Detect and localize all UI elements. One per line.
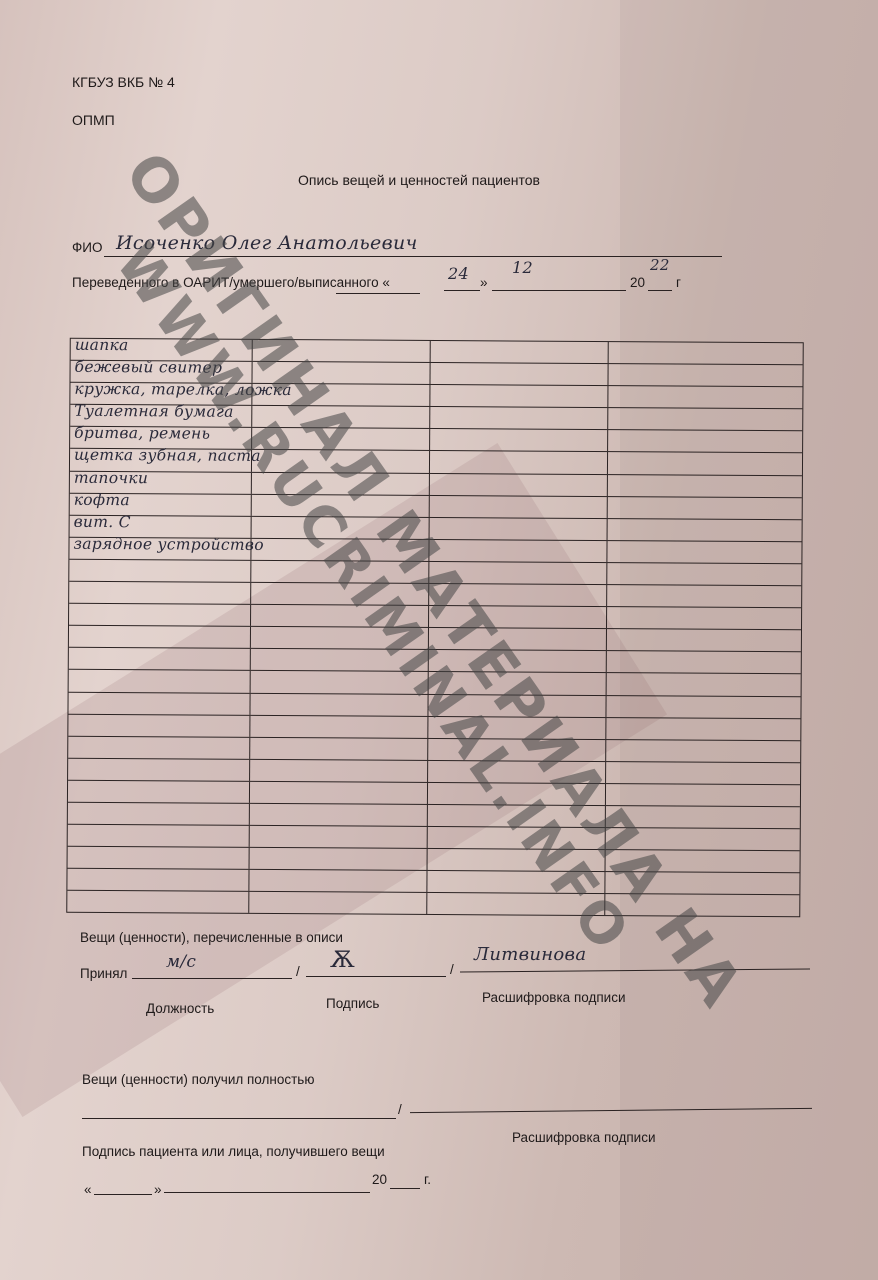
table-cell[interactable] xyxy=(252,384,430,406)
table-cell[interactable] xyxy=(607,651,801,673)
table-cell[interactable] xyxy=(606,740,800,762)
table-cell[interactable] xyxy=(250,804,428,826)
table-cell[interactable] xyxy=(69,648,251,670)
caption-position: Должность xyxy=(146,1001,214,1016)
received-heading: Вещи (ценности) получил полностью xyxy=(82,1072,314,1087)
table-cell[interactable]: зарядное устройство xyxy=(69,538,251,560)
table-cell[interactable] xyxy=(428,761,606,783)
table-cell[interactable] xyxy=(251,539,429,561)
table-cell[interactable] xyxy=(608,475,802,497)
table-cell[interactable] xyxy=(251,561,429,583)
table-cell[interactable] xyxy=(251,627,429,649)
table-cell[interactable] xyxy=(68,736,250,758)
table-cell[interactable] xyxy=(69,560,251,582)
table-cell[interactable] xyxy=(69,670,251,692)
received-year-unit: г. xyxy=(424,1172,431,1187)
table-cell[interactable] xyxy=(252,472,430,494)
table-cell[interactable] xyxy=(251,583,429,605)
table-cell[interactable] xyxy=(250,738,428,760)
table-cell[interactable] xyxy=(68,803,250,825)
table-cell[interactable] xyxy=(428,694,606,716)
table-cell[interactable] xyxy=(431,341,609,363)
table-cell[interactable] xyxy=(67,891,249,913)
table-cell[interactable] xyxy=(429,650,607,672)
fio-underline xyxy=(104,256,722,257)
fio-value[interactable]: Исоченко Олег Анатольевич xyxy=(116,232,418,254)
received-year-line[interactable] xyxy=(390,1188,420,1189)
status-label: Переведенного в ОАРИТ/умершего/выписанно… xyxy=(72,275,390,290)
separator-slash-2: / xyxy=(450,962,454,977)
inventory-item: Туалетная бумага xyxy=(74,402,233,421)
position-underline xyxy=(132,978,292,979)
document-title: Опись вещей и ценностей пациентов xyxy=(298,172,540,188)
table-cell[interactable] xyxy=(607,563,801,585)
table-cell[interactable] xyxy=(250,715,428,737)
table-cell[interactable] xyxy=(68,825,250,847)
table-cell[interactable] xyxy=(429,606,607,628)
table-cell[interactable] xyxy=(253,340,431,362)
signature-mark[interactable]: Ѫ xyxy=(330,948,355,973)
received-year-prefix: 20 xyxy=(372,1172,387,1187)
table-cell[interactable] xyxy=(609,342,803,364)
table-cell[interactable] xyxy=(606,784,800,806)
table-cell[interactable] xyxy=(250,848,428,870)
table-cell[interactable] xyxy=(607,673,801,695)
table-cell[interactable] xyxy=(606,828,800,850)
table-cell[interactable] xyxy=(427,893,605,915)
table-cell[interactable] xyxy=(430,363,608,385)
caption-decoding: Расшифровка подписи xyxy=(482,990,625,1005)
table-cell[interactable] xyxy=(430,429,608,451)
table-cell[interactable] xyxy=(249,870,427,892)
table-cell[interactable] xyxy=(608,364,802,386)
received-day-line[interactable] xyxy=(94,1194,152,1195)
month-value[interactable]: 12 xyxy=(512,258,533,277)
accepted-heading: Вещи (ценности), перечисленные в описи xyxy=(80,930,343,945)
table-cell[interactable] xyxy=(427,871,605,893)
caption-signature: Подпись xyxy=(326,996,379,1011)
position-value[interactable]: м/с xyxy=(166,952,196,972)
table-cell[interactable] xyxy=(606,718,800,740)
table-cell[interactable] xyxy=(251,605,429,627)
table-cell[interactable] xyxy=(252,406,430,428)
inventory-item: кофта xyxy=(74,490,130,508)
decoding-underline xyxy=(460,968,810,972)
table-cell[interactable] xyxy=(606,696,800,718)
table-cell[interactable] xyxy=(429,672,607,694)
day-value[interactable]: 24 xyxy=(448,264,469,283)
inventory-item: тапочки xyxy=(74,468,148,486)
table-cell[interactable] xyxy=(252,517,430,539)
table-cell[interactable] xyxy=(250,826,428,848)
day-quote-close: » xyxy=(480,275,488,290)
table-cell[interactable] xyxy=(69,604,251,626)
table-cell[interactable] xyxy=(605,894,799,916)
year-value[interactable]: 22 xyxy=(650,256,670,274)
table-cell[interactable] xyxy=(608,408,802,430)
inventory-item: бритва, ремень xyxy=(74,424,210,443)
fio-label: ФИО xyxy=(72,240,102,255)
table-cell[interactable] xyxy=(430,407,608,429)
separator-slash-1: / xyxy=(296,964,300,979)
table-cell[interactable] xyxy=(68,759,250,781)
table-cell[interactable] xyxy=(430,474,608,496)
inventory-table: шапкабежевый свитеркружка, тарелка, ложк… xyxy=(66,338,804,918)
table-cell[interactable] xyxy=(608,453,802,475)
table-cell[interactable] xyxy=(251,671,429,693)
table-cell[interactable] xyxy=(607,629,801,651)
table-cell[interactable] xyxy=(428,739,606,761)
status-underline-discharged xyxy=(336,293,420,294)
table-cell[interactable] xyxy=(68,714,250,736)
table-cell[interactable] xyxy=(429,584,607,606)
table-cell[interactable] xyxy=(428,827,606,849)
separator-slash-3: / xyxy=(398,1102,402,1117)
table-cell[interactable] xyxy=(607,607,801,629)
year-underline xyxy=(648,290,672,291)
table-cell[interactable] xyxy=(428,717,606,739)
department-name: ОПМП xyxy=(72,112,115,128)
table-cell[interactable] xyxy=(430,385,608,407)
table-cell[interactable] xyxy=(251,649,429,671)
table-cell[interactable] xyxy=(608,497,802,519)
inventory-item: бежевый свитер xyxy=(75,358,223,377)
inventory-item: щетка зубная, паста xyxy=(74,446,261,465)
table-cell[interactable] xyxy=(67,869,249,891)
table-cell[interactable] xyxy=(430,496,608,518)
table-cell[interactable] xyxy=(605,872,799,894)
table-cell[interactable] xyxy=(430,451,608,473)
patient-signature-line[interactable] xyxy=(82,1118,396,1119)
caption-patient-decoding: Расшифровка подписи xyxy=(512,1130,655,1145)
accepted-label: Принял xyxy=(80,966,127,981)
table-cell[interactable] xyxy=(607,541,801,563)
table-cell[interactable] xyxy=(606,850,800,872)
table-cell[interactable] xyxy=(69,626,251,648)
table-cell[interactable] xyxy=(68,692,250,714)
date-close-quote: » xyxy=(154,1182,162,1197)
caption-patient-signature: Подпись пациента или лица, получившего в… xyxy=(82,1144,385,1159)
table-row xyxy=(67,891,799,917)
decoding-value[interactable]: Литвинова xyxy=(474,944,586,965)
day-underline xyxy=(444,290,480,291)
table-cell[interactable] xyxy=(608,386,802,408)
table-cell[interactable] xyxy=(429,628,607,650)
table-cell[interactable] xyxy=(428,805,606,827)
table-cell[interactable] xyxy=(252,495,430,517)
table-cell[interactable] xyxy=(608,430,802,452)
table-cell[interactable] xyxy=(428,783,606,805)
table-cell[interactable] xyxy=(252,450,430,472)
patient-decoding-line[interactable] xyxy=(410,1108,812,1113)
table-cell[interactable] xyxy=(68,781,250,803)
signature-underline xyxy=(306,976,446,977)
table-cell[interactable] xyxy=(429,540,607,562)
table-cell[interactable] xyxy=(428,849,606,871)
table-cell[interactable] xyxy=(606,762,800,784)
month-underline xyxy=(492,290,626,291)
table-cell[interactable] xyxy=(250,782,428,804)
table-cell[interactable] xyxy=(68,847,250,869)
table-cell[interactable] xyxy=(252,428,430,450)
table-cell[interactable] xyxy=(429,562,607,584)
table-cell[interactable] xyxy=(607,585,801,607)
table-cell[interactable] xyxy=(606,806,800,828)
year-unit: г xyxy=(676,275,681,290)
table-cell[interactable] xyxy=(430,518,608,540)
date-open-quote: « xyxy=(84,1182,92,1197)
table-cell[interactable] xyxy=(608,519,802,541)
table-cell[interactable] xyxy=(250,760,428,782)
received-month-line[interactable] xyxy=(164,1192,370,1193)
table-cell[interactable] xyxy=(249,892,427,914)
inventory-item: шапка xyxy=(75,336,129,354)
inventory-item: зарядное устройство xyxy=(73,535,263,554)
year-prefix: 20 xyxy=(630,275,645,290)
inventory-item: вит. С xyxy=(74,513,131,531)
organization-name: КГБУЗ ВКБ № 4 xyxy=(72,74,175,90)
table-cell[interactable] xyxy=(250,693,428,715)
table-cell[interactable] xyxy=(69,582,251,604)
